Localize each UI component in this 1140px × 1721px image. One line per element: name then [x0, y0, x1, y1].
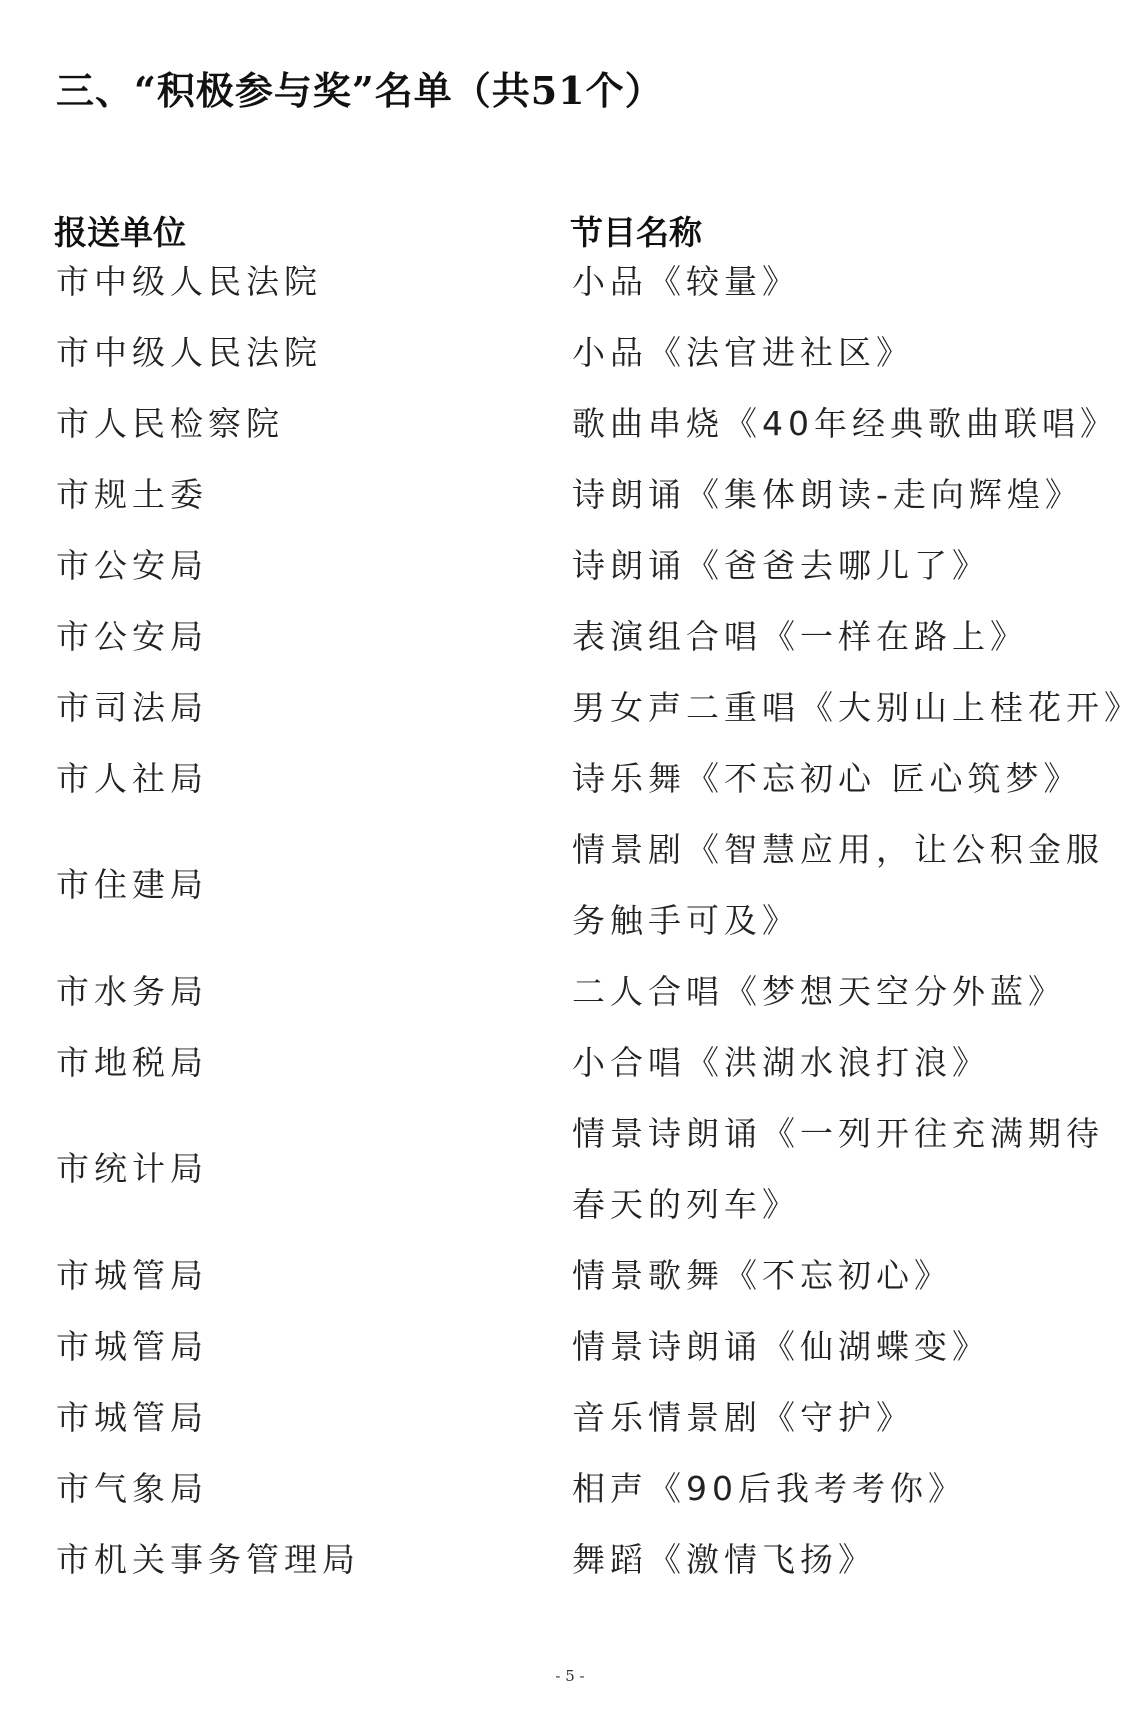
- unit-cell: 市中级人民法院: [56, 246, 322, 317]
- unit-cell: 市统计局: [56, 1133, 208, 1204]
- unit-cell: 市规土委: [56, 459, 208, 530]
- table-row: 市城管局 情景诗朗诵《仙湖蝶变》: [0, 1311, 1140, 1382]
- program-cell: 小合唱《洪湖水浪打浪》: [572, 1027, 990, 1098]
- page-number: - 5 -: [0, 1667, 1140, 1685]
- program-cell: 小品《较量》: [572, 246, 800, 317]
- table-row: 市地税局 小合唱《洪湖水浪打浪》: [0, 1027, 1140, 1098]
- unit-cell: 市人社局: [56, 743, 208, 814]
- program-cell: 情景诗朗诵《仙湖蝶变》: [572, 1311, 990, 1382]
- table-row: 市气象局 相声《90后我考考你》: [0, 1453, 1140, 1524]
- unit-cell: 市人民检察院: [56, 388, 284, 459]
- unit-cell: 市水务局: [56, 956, 208, 1027]
- table-row: 市公安局 表演组合唱《一样在路上》: [0, 601, 1140, 672]
- program-cell-line-1: 情景诗朗诵《一列开往充满期待: [572, 1098, 1104, 1169]
- program-cell: 男女声二重唱《大别山上桂花开》: [572, 672, 1140, 743]
- unit-cell: 市公安局: [56, 530, 208, 601]
- program-cell: 小品《法官进社区》: [572, 317, 914, 388]
- unit-cell: 市城管局: [56, 1240, 208, 1311]
- program-cell: 舞蹈《激情飞扬》: [572, 1524, 876, 1595]
- table-row: 市统计局 情景诗朗诵《一列开往充满期待 春天的列车》: [0, 1098, 1140, 1240]
- program-cell: 诗乐舞《不忘初心 匠心筑梦》: [572, 743, 1082, 814]
- unit-cell: 市机关事务管理局: [56, 1524, 360, 1595]
- program-cell: 音乐情景剧《守护》: [572, 1382, 914, 1453]
- table-row: 市水务局 二人合唱《梦想天空分外蓝》: [0, 956, 1140, 1027]
- table-row: 市中级人民法院 小品《较量》: [0, 246, 1140, 317]
- unit-cell: 市城管局: [56, 1382, 208, 1453]
- program-cell: 表演组合唱《一样在路上》: [572, 601, 1028, 672]
- table-row: 市规土委 诗朗诵《集体朗读-走向辉煌》: [0, 459, 1140, 530]
- program-cell: 歌曲串烧《40年经典歌曲联唱》: [572, 388, 1118, 459]
- table-row: 市人社局 诗乐舞《不忘初心 匠心筑梦》: [0, 743, 1140, 814]
- table-row: 市机关事务管理局 舞蹈《激情飞扬》: [0, 1524, 1140, 1595]
- table-row: 市人民检察院 歌曲串烧《40年经典歌曲联唱》: [0, 388, 1140, 459]
- table-row: 市城管局 情景歌舞《不忘初心》: [0, 1240, 1140, 1311]
- program-cell-line-2: 务触手可及》: [572, 885, 800, 956]
- unit-cell: 市公安局: [56, 601, 208, 672]
- unit-cell: 市城管局: [56, 1311, 208, 1382]
- page-title: 三、“积极参与奖”名单（共51个）: [56, 60, 664, 115]
- unit-cell: 市住建局: [56, 849, 208, 920]
- program-cell: 情景歌舞《不忘初心》: [572, 1240, 952, 1311]
- program-cell: 诗朗诵《爸爸去哪儿了》: [572, 530, 990, 601]
- table-row: 市中级人民法院 小品《法官进社区》: [0, 317, 1140, 388]
- unit-cell: 市司法局: [56, 672, 208, 743]
- table-row: 市公安局 诗朗诵《爸爸去哪儿了》: [0, 530, 1140, 601]
- program-cell-line-2: 春天的列车》: [572, 1169, 800, 1240]
- unit-cell: 市地税局: [56, 1027, 208, 1098]
- program-cell: 诗朗诵《集体朗读-走向辉煌》: [572, 459, 1083, 530]
- unit-cell: 市气象局: [56, 1453, 208, 1524]
- unit-cell: 市中级人民法院: [56, 317, 322, 388]
- program-cell-line-1: 情景剧《智慧应用，让公积金服: [572, 814, 1104, 885]
- program-cell: 二人合唱《梦想天空分外蓝》: [572, 956, 1066, 1027]
- program-cell: 相声《90后我考考你》: [572, 1453, 966, 1524]
- table-row: 市城管局 音乐情景剧《守护》: [0, 1382, 1140, 1453]
- table-row: 市住建局 情景剧《智慧应用，让公积金服 务触手可及》: [0, 814, 1140, 956]
- table-row: 市司法局 男女声二重唱《大别山上桂花开》: [0, 672, 1140, 743]
